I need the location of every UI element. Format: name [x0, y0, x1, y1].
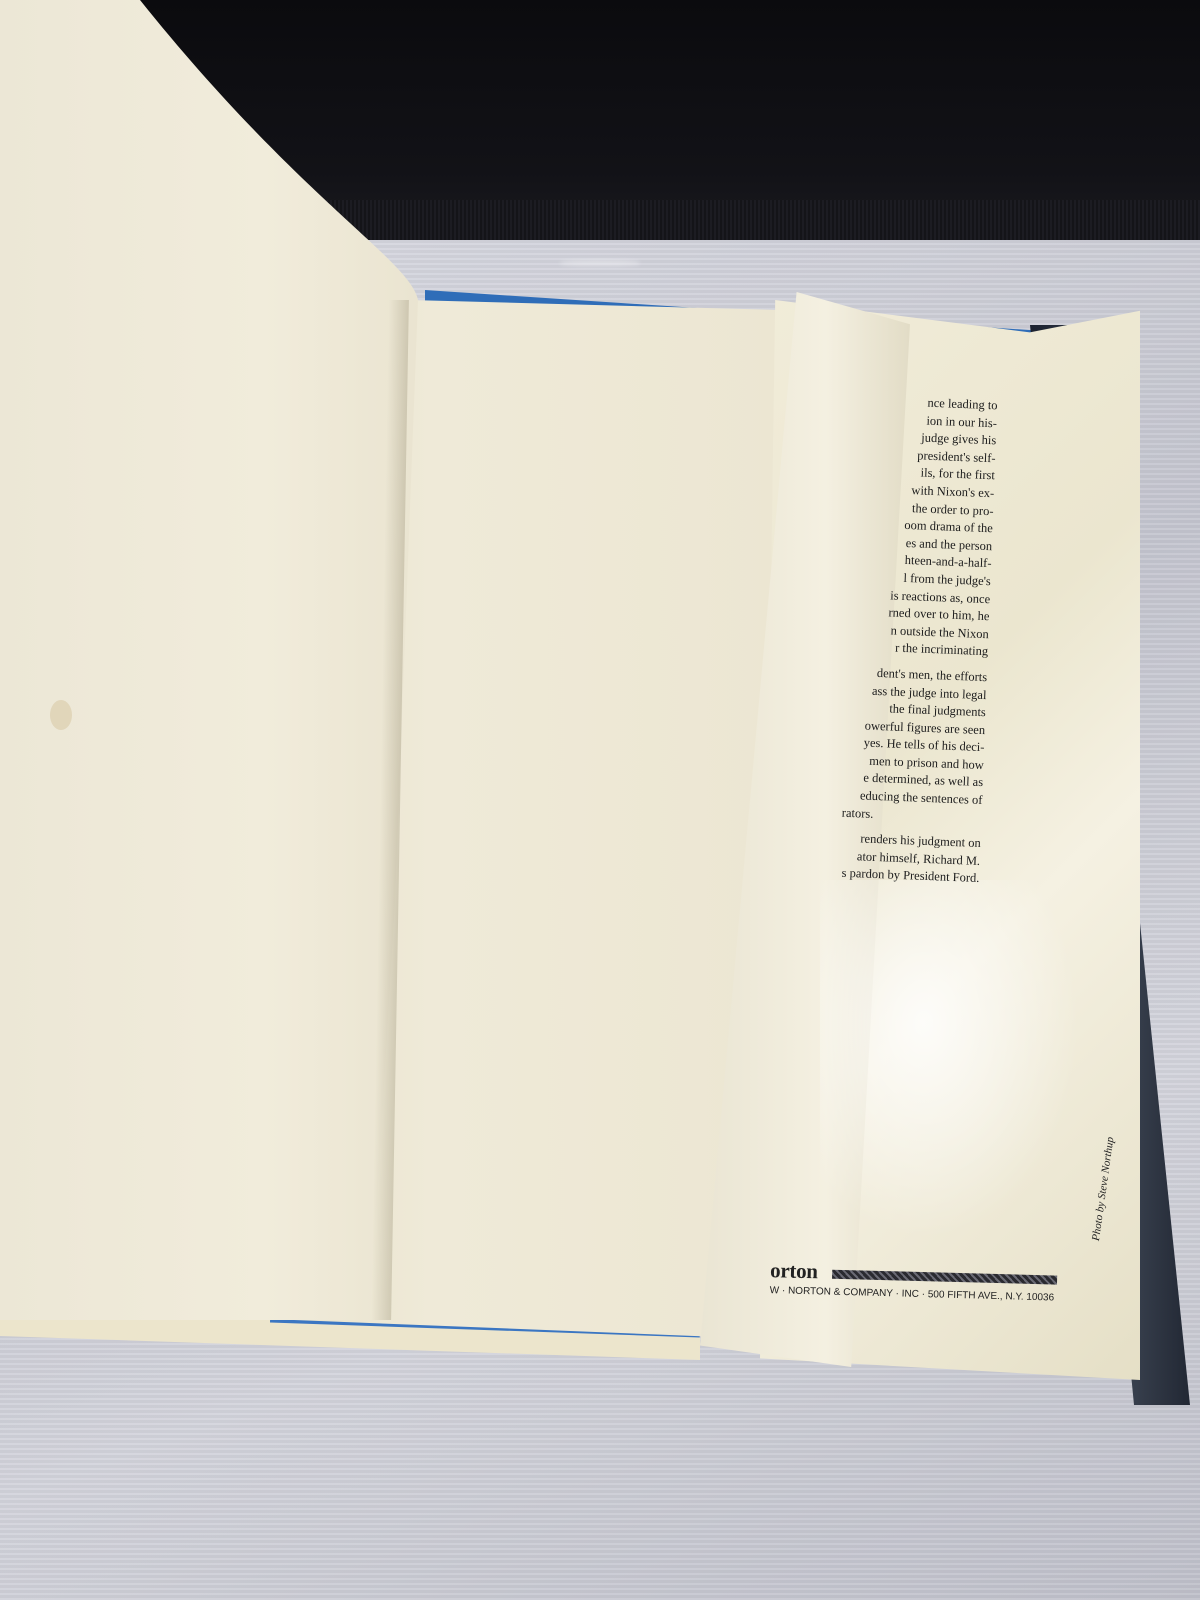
photo-scene: nce leading to ion in our his- judge giv… [0, 0, 1200, 1600]
publisher-imprint: orton W · NORTON & COMPANY · INC · 500 F… [770, 1258, 1071, 1304]
jacket-blurb-text: nce leading to ion in our his- judge giv… [839, 392, 998, 896]
blurb-paragraph-3: renders his judgment on ator himself, Ri… [839, 830, 981, 888]
blurb-paragraph-1: nce leading to ion in our his- judge giv… [848, 392, 998, 661]
publisher-decorative-rule [832, 1270, 1057, 1285]
glossy-reflection [820, 880, 1080, 1240]
publisher-logo: orton [770, 1258, 818, 1283]
blurb-paragraph-2: dent's men, the efforts ass the judge in… [841, 664, 987, 828]
